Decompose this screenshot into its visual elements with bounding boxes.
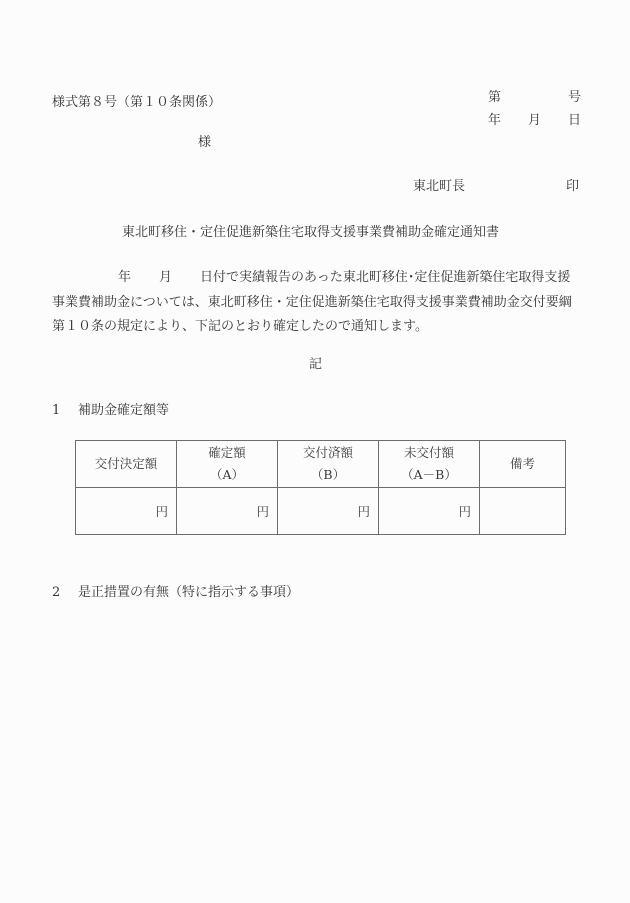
value-confirmed-amount: 円 — [177, 488, 278, 535]
value-grant-decision-amount: 円 — [76, 488, 177, 535]
body-date-month: 月 — [159, 266, 172, 291]
body-date-year: 年 — [118, 266, 131, 291]
header-sublabel: （A） — [177, 464, 277, 486]
value-paid-amount: 円 — [278, 488, 379, 535]
section-1-heading: 1補助金確定額等 — [52, 403, 169, 419]
document-number-suffix: 号 — [568, 90, 581, 106]
header-sublabel: （B） — [278, 464, 378, 486]
addressee-honorific: 様 — [198, 135, 211, 151]
header-confirmed-amount: 確定額 （A） — [177, 441, 278, 488]
table-value-row: 円 円 円 円 — [76, 488, 566, 535]
date-month-label: 月 — [528, 113, 541, 129]
header-label: 備考 — [480, 453, 565, 475]
document-number-label: 第 — [488, 90, 501, 106]
section-2-number: 2 — [52, 585, 78, 601]
body-line-1-text: 日付で実績報告のあった東北町移住･定住促進新築住宅取得支援 — [200, 266, 570, 291]
seal-mark: 印 — [566, 179, 579, 195]
date-year-label: 年 — [488, 113, 501, 129]
date-day-label: 日 — [568, 113, 581, 129]
body-line-1: 年月日付で実績報告のあった東北町移住･定住促進新築住宅取得支援 — [52, 266, 582, 291]
table-header-row: 交付決定額 確定額 （A） 交付済額 （B） 未交付額 （A－B） 備考 — [76, 441, 566, 488]
header-unpaid-amount: 未交付額 （A－B） — [379, 441, 480, 488]
issuer-name: 東北町長 — [413, 179, 465, 195]
subsidy-amount-table: 交付決定額 確定額 （A） 交付済額 （B） 未交付額 （A－B） 備考 円 円… — [75, 440, 566, 535]
header-sublabel: （A－B） — [379, 464, 479, 486]
header-label: 確定額 — [177, 442, 277, 464]
header-label: 交付済額 — [278, 442, 378, 464]
section-1-number: 1 — [52, 403, 78, 419]
body-line-3: 第１０条の規定により、下記のとおり確定したので通知します。 — [52, 315, 582, 340]
value-unpaid-amount: 円 — [379, 488, 480, 535]
document-title: 東北町移住・定住促進新築住宅取得支援事業費補助金確定通知書 — [122, 225, 499, 241]
section-2-heading: 2是正措置の有無（特に指示する事項） — [52, 585, 299, 601]
body-line-2: 事業費補助金については、東北町移住・定住促進新築住宅取得支援事業費補助金交付要綱 — [52, 291, 582, 316]
value-remarks — [480, 488, 566, 535]
form-number: 様式第８号（第１０条関係） — [52, 95, 221, 111]
header-remarks: 備考 — [480, 441, 566, 488]
header-paid-amount: 交付済額 （B） — [278, 441, 379, 488]
section-2-label: 是正措置の有無（特に指示する事項） — [78, 585, 299, 600]
notice-body: 年月日付で実績報告のあった東北町移住･定住促進新築住宅取得支援 事業費補助金につ… — [52, 266, 582, 340]
header-grant-decision-amount: 交付決定額 — [76, 441, 177, 488]
section-1-label: 補助金確定額等 — [78, 403, 169, 418]
header-label: 未交付額 — [379, 442, 479, 464]
ki-heading: 記 — [309, 357, 322, 373]
header-label: 交付決定額 — [76, 453, 176, 475]
